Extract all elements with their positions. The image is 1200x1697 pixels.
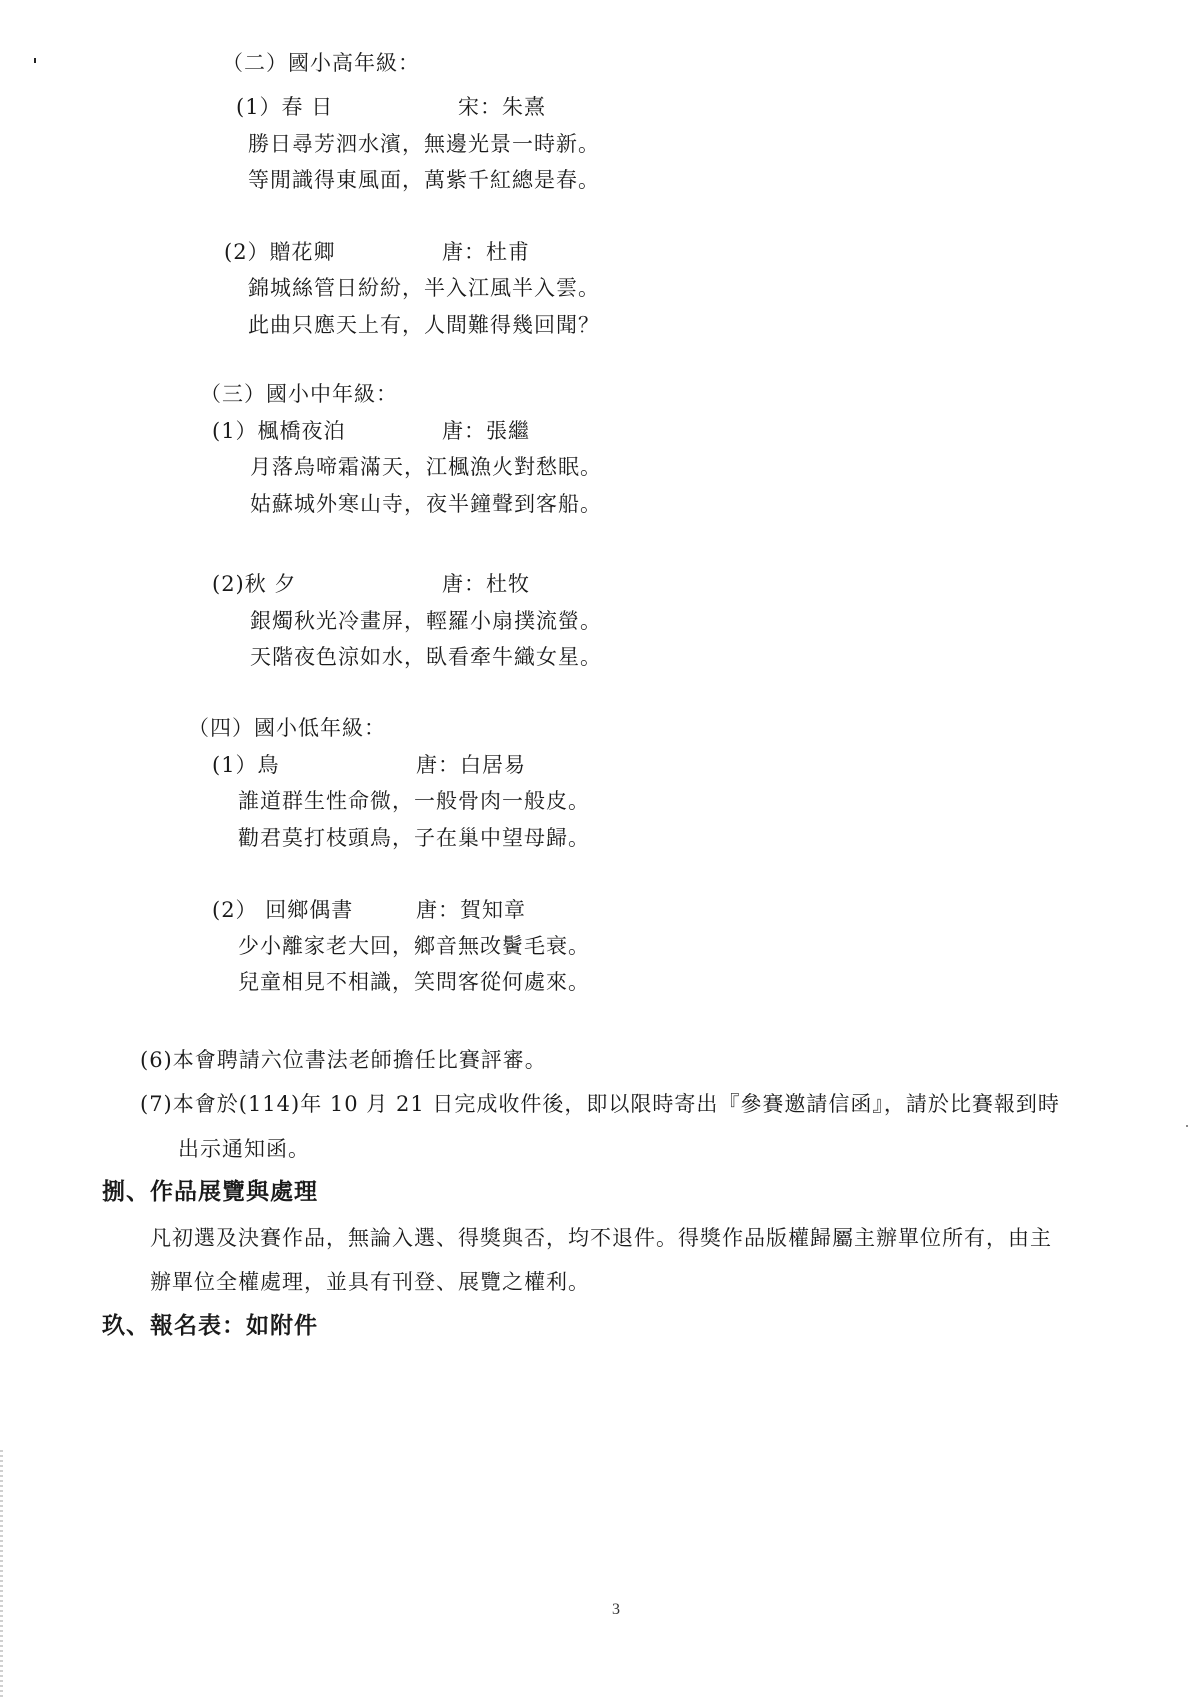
poem-author: 宋：朱熹 [458,93,546,121]
poem-title-row: (1）楓橋夜泊 唐：張繼 [212,417,346,445]
poem-title: (2)秋 夕 [212,572,296,596]
poem-line: 少小離家老大回，鄉音無改鬢毛衰。 [238,932,590,960]
poem-title: (1）春 日 [236,95,333,119]
poem-line: 天階夜色涼如水，臥看牽牛織女星。 [250,643,602,671]
rule-item-6: (6)本會聘請六位書法老師擔任比賽評審。 [140,1046,547,1074]
poem-line: 等閒識得東風面，萬紫千紅總是春。 [248,166,600,194]
poem-line: 錦城絲管日紛紛，半入江風半入雲。 [248,274,600,302]
poem-line: 月落烏啼霜滿天，江楓漁火對愁眠。 [250,453,602,481]
scan-edge-artifact [0,1450,3,1697]
section-heading-upper-grade: （二）國小高年級： [222,49,420,77]
rule-item-7: (7)本會於(114)年 10 月 21 日完成收件後，即以限時寄出『參賽邀請信… [140,1090,1060,1118]
poem-title: (2） 回鄉偶書 [212,898,353,922]
section-body: 辦單位全權處理，並具有刊登、展覽之權利。 [150,1268,590,1296]
document-page: （二）國小高年級： (1）春 日 宋：朱熹 勝日尋芳泗水濱，無邊光景一時新。 等… [0,0,1200,1697]
section-heading-middle-grade: （三）國小中年級： [200,380,398,408]
poem-author: 唐：賀知章 [416,896,526,924]
poem-line: 姑蘇城外寒山寺，夜半鐘聲到客船。 [250,490,602,518]
poem-line: 此曲只應天上有，人間難得幾回聞？ [248,311,600,339]
page-number: 3 [612,1601,620,1619]
poem-title-row: (2） 回鄉偶書 唐：賀知章 [212,896,353,924]
poem-author: 唐：白居易 [416,751,526,779]
poem-title: (2）贈花卿 [224,240,336,264]
poem-line: 誰道群生性命微，一般骨肉一般皮。 [238,787,590,815]
poem-author: 唐：張繼 [442,417,530,445]
poem-title-row: (1）春 日 宋：朱熹 [236,93,333,121]
poem-author: 唐：杜牧 [442,570,530,598]
poem-title-row: (2）贈花卿 唐：杜甫 [224,238,336,266]
rule-item-7-continued: 出示通知函。 [178,1135,310,1163]
poem-title-row: (2)秋 夕 唐：杜牧 [212,570,296,598]
poem-line: 銀燭秋光冷畫屏，輕羅小扇撲流螢。 [250,607,602,635]
poem-title: (1）鳥 [212,753,280,777]
section-body: 凡初選及決賽作品，無論入選、得獎與否，均不退件。得獎作品版權歸屬主辦單位所有，由… [150,1224,1052,1252]
poem-title-row: (1）鳥 唐：白居易 [212,751,280,779]
section-heading-exhibition: 捌、作品展覽與處理 [102,1178,318,1206]
section-heading-registration-form: 玖、報名表：如附件 [102,1312,318,1340]
poem-line: 勸君莫打枝頭鳥，子在巢中望母歸。 [238,824,590,852]
section-heading-lower-grade: （四）國小低年級： [188,714,386,742]
poem-author: 唐：杜甫 [442,238,530,266]
scan-speck [34,58,36,63]
poem-line: 勝日尋芳泗水濱，無邊光景一時新。 [248,130,600,158]
poem-line: 兒童相見不相識，笑問客從何處來。 [238,968,590,996]
scan-dot [1186,1125,1188,1127]
poem-title: (1）楓橋夜泊 [212,419,346,443]
